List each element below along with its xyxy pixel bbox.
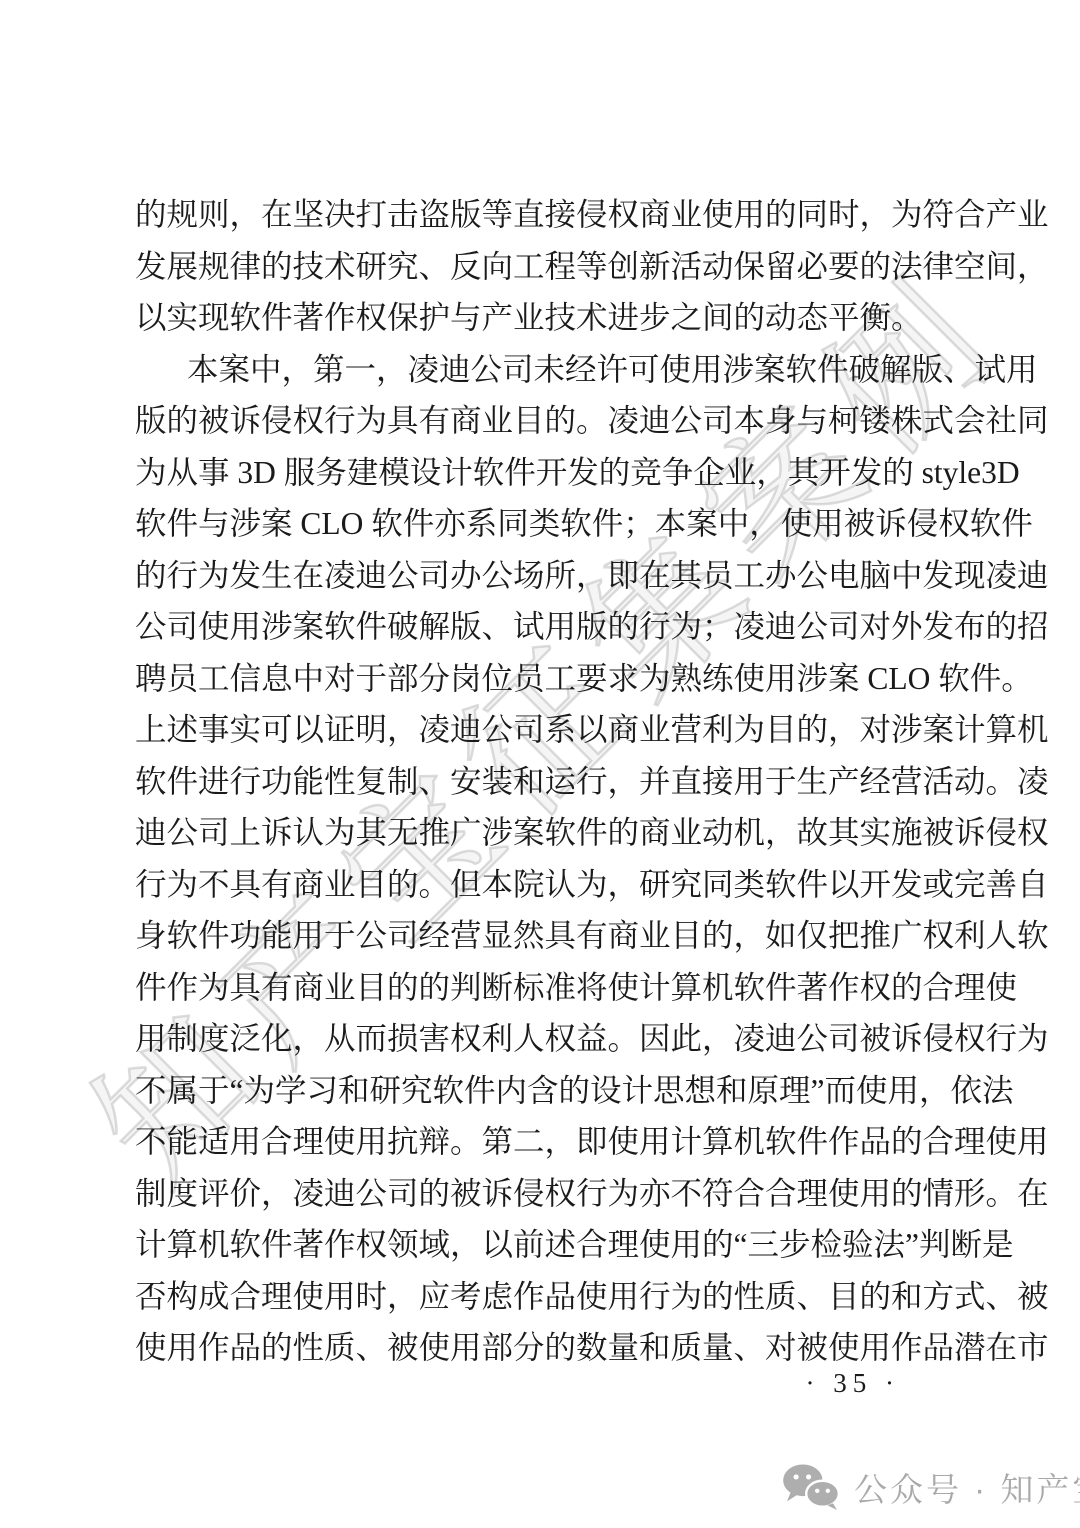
- text-line: 不能适用合理使用抗辩。第二，即使用计算机软件作品的合理使用: [135, 1116, 950, 1168]
- page-number: · 35 ·: [806, 1368, 900, 1399]
- text-line: 不属于“为学习和研究软件内含的设计思想和原理”而使用，依法: [135, 1065, 950, 1117]
- text-line: 行为不具有商业目的。但本院认为，研究同类软件以开发或完善自: [135, 859, 950, 911]
- text-line: 计算机软件著作权领域，以前述合理使用的“三步检验法”判断是: [135, 1219, 950, 1271]
- text-line: 聘员工信息中对于部分岗位员工要求为熟练使用涉案 CLO 软件。: [135, 653, 950, 705]
- text-line: 的规则，在坚决打击盗版等直接侵权商业使用的同时，为符合产业: [135, 189, 950, 241]
- text-line: 制度评价，凌迪公司的被诉侵权行为亦不符合合理使用的情形。在: [135, 1168, 950, 1220]
- text-line: 否构成合理使用时，应考虑作品使用行为的性质、目的和方式、被: [135, 1271, 950, 1323]
- text-line: 用制度泛化，从而损害权利人权益。因此，凌迪公司被诉侵权行为: [135, 1013, 950, 1065]
- document-page: 知产宝征集案例 的规则，在坚决打击盗版等直接侵权商业使用的同时，为符合产业 发展…: [0, 0, 1080, 1528]
- body-text: 的规则，在坚决打击盗版等直接侵权商业使用的同时，为符合产业 发展规律的技术研究、…: [135, 189, 950, 1374]
- text-line: 以实现软件著作权保护与产业技术进步之间的动态平衡。: [135, 292, 950, 344]
- footer-brand-text: 公众号 · 知产宝: [854, 1464, 1080, 1511]
- text-line: 的行为发生在凌迪公司办公场所，即在其员工办公电脑中发现凌迪: [135, 550, 950, 602]
- text-line: 身软件功能用于公司经营显然具有商业目的，如仅把推广权利人软: [135, 910, 950, 962]
- text-line: 版的被诉侵权行为具有商业目的。凌迪公司本身与柯镂株式会社同: [135, 395, 950, 447]
- text-line: 公司使用涉案软件破解版、试用版的行为；凌迪公司对外发布的招: [135, 601, 950, 653]
- text-line: 件作为具有商业目的的判断标准将使计算机软件著作权的合理使: [135, 962, 950, 1014]
- text-line: 软件与涉案 CLO 软件亦系同类软件；本案中，使用被诉侵权软件: [135, 498, 950, 550]
- text-line: 使用作品的性质、被使用部分的数量和质量、对被使用作品潜在市: [135, 1322, 950, 1374]
- text-line: 为从事 3D 服务建模设计软件开发的竞争企业，其开发的 style3D: [135, 447, 950, 499]
- text-line: 上述事实可以证明，凌迪公司系以商业营利为目的，对涉案计算机: [135, 704, 950, 756]
- text-line: 本案中，第一，凌迪公司未经许可使用涉案软件破解版、试用: [135, 344, 950, 396]
- wechat-icon: [780, 1463, 842, 1511]
- text-line: 发展规律的技术研究、反向工程等创新活动保留必要的法律空间，: [135, 241, 950, 293]
- text-line: 迪公司上诉认为其无推广涉案软件的商业动机，故其实施被诉侵权: [135, 807, 950, 859]
- footer-brand-lockup: 公众号 · 知产宝: [780, 1463, 1080, 1511]
- text-line: 软件进行功能性复制、安装和运行，并直接用于生产经营活动。凌: [135, 756, 950, 808]
